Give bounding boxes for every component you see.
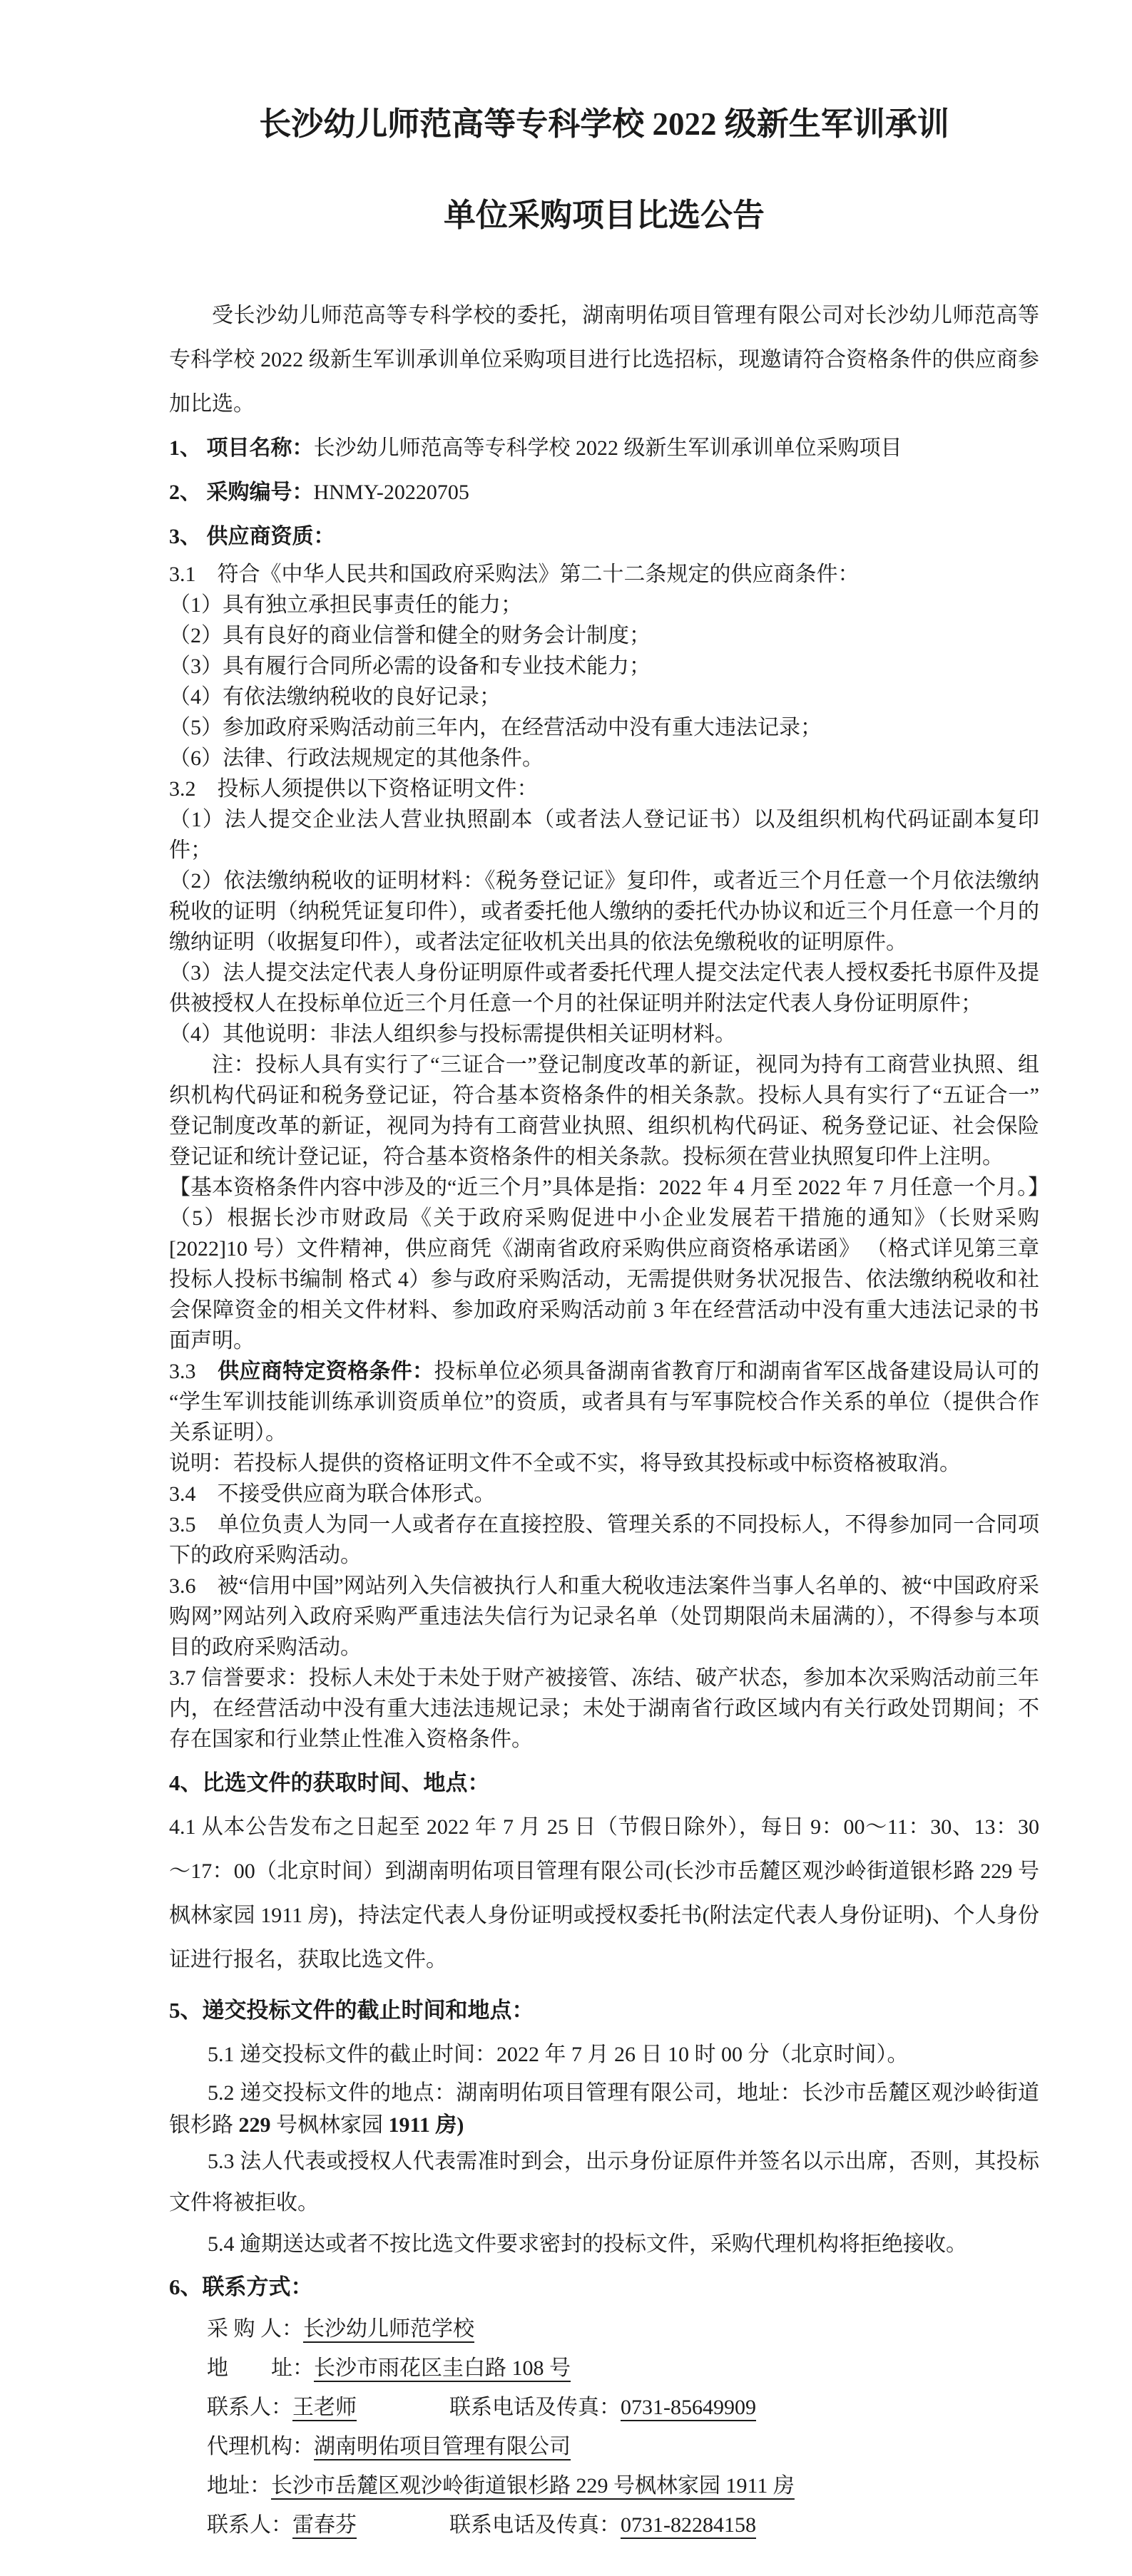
page-title: 长沙幼儿师范高等专科学校 2022 级新生军训承训 单位采购项目比选公告 (169, 78, 1039, 261)
purchaser-address-label: 地 址： (207, 2356, 314, 2380)
clause-3-1-item-1: （1）具有独立承担民事责任的能力； (169, 590, 1039, 620)
clause-3-3: 3.3 供应商特定资格条件：投标单位必须具备湖南省教育厅和湖南省军区战备建设局认… (169, 1356, 1039, 1448)
purchaser-phone-label: 联系电话及传真： (449, 2396, 621, 2419)
item-project-name: 1、 项目名称：长沙幼儿师范高等专科学校 2022 级新生军训承训单位采购项目 (169, 426, 1039, 471)
project-name-label: 1、 项目名称： (169, 436, 314, 460)
item-procurement-number: 2、 采购编号：HNMY-20220705 (169, 471, 1039, 515)
clause-3-3-label: 供应商特定资格条件： (218, 1360, 434, 1383)
purchaser-contact-label: 联系人： (207, 2396, 292, 2419)
clause-3-3-number: 3.3 (169, 1360, 218, 1383)
contact-section: 采 购 人：长沙幼儿师范学校 地 址：长沙市雨花区圭白路 108 号 联系人：王… (169, 2309, 1039, 2545)
clause-3-2-note: 注：投标人具有实行了“三证合一”登记制度改革的新证，视同为持有工商营业执照、组织… (169, 1050, 1039, 1172)
clause-3-3-explain: 说明：若投标人提供的资格证明文件不全或不实，将导致其投标或中标资格被取消。 (169, 1448, 1039, 1479)
item-supplier-qualification-heading: 3、 供应商资质： (169, 515, 1039, 559)
clause-3-2-item-1: （1）法人提交企业法人营业执照副本（或者法人登记证书）以及组织机构代码证副本复印… (169, 804, 1039, 866)
title-line-1: 长沙幼儿师范高等专科学校 2022 级新生军训承训 (169, 78, 1039, 170)
contact-row-purchaser: 采 购 人：长沙幼儿师范学校 (169, 2309, 1039, 2349)
clause-3-2-bracket-note: 【基本资格条件内容中涉及的“近三个月”具体是指：2022 年 4 月至 2022… (169, 1172, 1039, 1203)
section-5-heading: 5、递交投标文件的截止时间和地点： (169, 1989, 1039, 2033)
purchaser-phone-value: 0731-85649909 (621, 2396, 756, 2419)
clause-5-2: 5.2 递交投标文件的地点：湖南明佑项目管理有限公司，地址：长沙市岳麓区观沙岭街… (169, 2077, 1039, 2141)
intro-paragraph: 受长沙幼儿师范高等专科学校的委托，湖南明佑项目管理有限公司对长沙幼儿师范高等专科… (169, 294, 1039, 426)
clause-3-1-item-6: （6）法律、行政法规规定的其他条件。 (169, 743, 1039, 774)
agency-contact-label: 联系人： (207, 2513, 292, 2537)
clause-3-5: 3.5 单位负责人为同一人或者存在直接控股、管理关系的不同投标人，不得参加同一合… (169, 1509, 1039, 1571)
contact-row-purchaser-contact: 联系人：王老师联系电话及传真：0731-85649909 (169, 2388, 1039, 2427)
agency-address-value: 长沙市岳麓区观沙岭街道银杉路 229 号枫林家园 1911 房 (271, 2474, 795, 2498)
purchaser-value: 长沙幼儿师范学校 (303, 2317, 474, 2341)
section-4-heading: 4、比选文件的获取时间、地点： (169, 1761, 1039, 1805)
clause-3-1-item-4: （4）有依法缴纳税收的良好记录； (169, 682, 1039, 712)
clause-5-1: 5.1 递交投标文件的截止时间：2022 年 7 月 26 日 10 时 00 … (169, 2033, 1039, 2077)
section-3-supplier-qualifications: 3.1 符合《中华人民共和国政府采购法》第二十二条规定的供应商条件： （1）具有… (169, 559, 1039, 1755)
clause-3-2-item-4: （4）其他说明：非法人组织参与投标需提供相关证明材料。 (169, 1019, 1039, 1050)
supplier-qualification-label: 3、 供应商资质： (169, 525, 335, 548)
clause-5-2-room-number: 1911 房) (389, 2113, 464, 2137)
agency-value: 湖南明佑项目管理有限公司 (314, 2435, 571, 2458)
purchaser-address-value: 长沙市雨花区圭白路 108 号 (314, 2356, 571, 2380)
clause-3-2-item-3: （3）法人提交法定代表人身份证明原件或者委托代理人提交法定代表人授权委托书原件及… (169, 958, 1039, 1019)
agency-phone-label: 联系电话及传真： (449, 2513, 621, 2537)
agency-contact-value: 雷春芬 (292, 2513, 357, 2537)
project-name-value: 长沙幼儿师范高等专科学校 2022 级新生军训承训单位采购项目 (314, 436, 902, 460)
contact-row-purchaser-address: 地 址：长沙市雨花区圭白路 108 号 (169, 2349, 1039, 2388)
clause-3-1-item-2: （2）具有良好的商业信誉和健全的财务会计制度； (169, 620, 1039, 651)
clause-5-3: 5.3 法人代表或授权人代表需准时到会，出示身份证原件并签名以示出席，否则，其投… (169, 2141, 1039, 2224)
title-line-2: 单位采购项目比选公告 (169, 170, 1039, 261)
clause-3-1-item-3: （3）具有履行合同所必需的设备和专业技术能力； (169, 651, 1039, 682)
purchaser-label: 采 购 人： (207, 2317, 303, 2341)
agency-phone-value: 0731-82284158 (621, 2513, 756, 2537)
clause-3-2-item-5: （5）根据长沙市财政局《关于政府采购促进中小企业发展若干措施的通知》（长财采购[… (169, 1203, 1039, 1356)
clause-3-7: 3.7 信誉要求：投标人未处于未处于财产被接管、冻结、破产状态，参加本次采购活动… (169, 1663, 1039, 1755)
intro-block: 受长沙幼儿师范高等专科学校的委托，湖南明佑项目管理有限公司对长沙幼儿师范高等专科… (169, 294, 1039, 559)
clause-3-1-item-5: （5）参加政府采购活动前三年内，在经营活动中没有重大违法记录； (169, 712, 1039, 743)
clause-3-6: 3.6 被“信用中国”网站列入失信被执行人和重大税收违法案件当事人名单的、被“中… (169, 1571, 1039, 1663)
announcement-page: 长沙幼儿师范高等专科学校 2022 级新生军训承训 单位采购项目比选公告 受长沙… (0, 0, 1132, 2576)
procurement-number-label: 2、 采购编号： (169, 481, 314, 504)
clause-3-4: 3.4 不接受供应商为联合体形式。 (169, 1479, 1039, 1509)
clause-3-2: 3.2 投标人须提供以下资格证明文件： (169, 774, 1039, 804)
section-6-heading: 6、联系方式： (169, 2265, 1039, 2309)
purchaser-contact-value: 王老师 (292, 2396, 357, 2419)
procurement-number-value: HNMY-20220705 (314, 481, 469, 504)
contact-row-agency-contact: 联系人：雷春芬联系电话及传真：0731-82284158 (169, 2505, 1039, 2545)
clause-3-1: 3.1 符合《中华人民共和国政府采购法》第二十二条规定的供应商条件： (169, 559, 1039, 590)
clause-4-1: 4.1 从本公告发布之日起至 2022 年 7 月 25 日（节假日除外），每日… (169, 1805, 1039, 1982)
clause-3-2-item-2: （2）依法缴纳税收的证明材料：《税务登记证》复印件，或者近三个月任意一个月依法缴… (169, 866, 1039, 958)
agency-address-label: 地址： (207, 2474, 271, 2498)
agency-label: 代理机构： (207, 2435, 314, 2458)
contact-row-agency-address: 地址：长沙市岳麓区观沙岭街道银杉路 229 号枫林家园 1911 房 (169, 2466, 1039, 2505)
clause-5-2-text-2: 号枫林家园 (271, 2113, 389, 2137)
contact-row-agency: 代理机构：湖南明佑项目管理有限公司 (169, 2427, 1039, 2466)
clause-5-4: 5.4 逾期送达或者不按比选文件要求密封的投标文件，采购代理机构将拒绝接收。 (169, 2224, 1039, 2265)
clause-5-2-street-number: 229 (239, 2113, 271, 2137)
